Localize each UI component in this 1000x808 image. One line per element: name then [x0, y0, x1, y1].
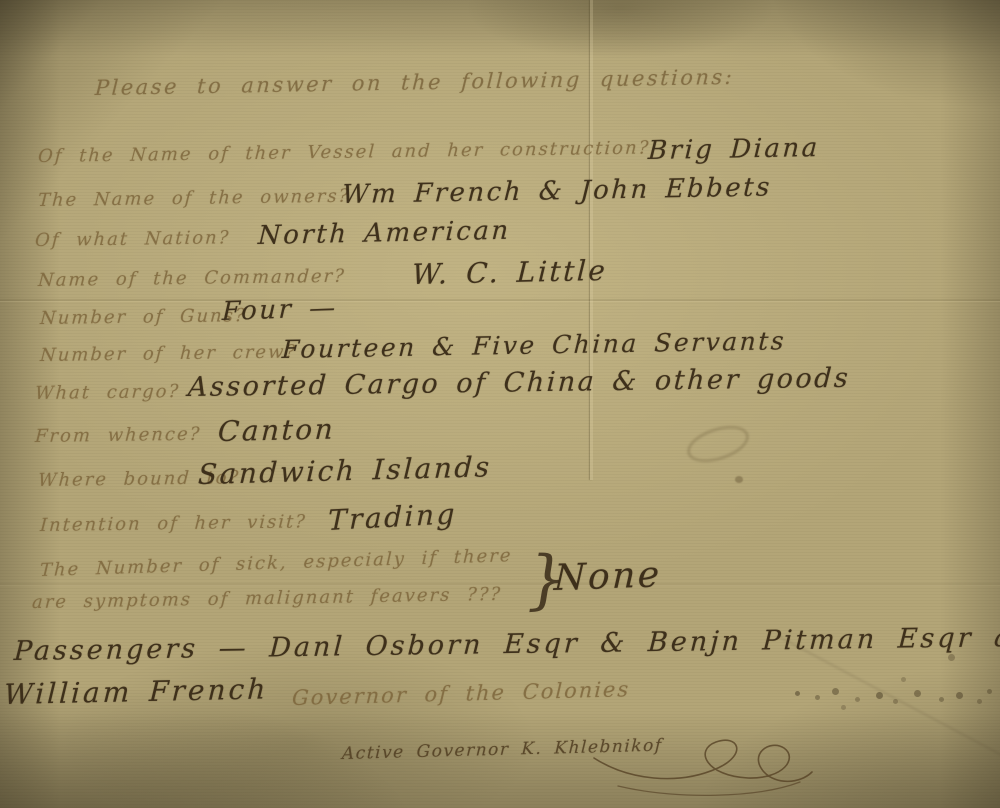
passenger-name: William French [3, 672, 269, 711]
answer-text: Fourteen & Five China Servants [281, 326, 787, 364]
document-scan: Please to answer on the following questi… [0, 0, 1000, 808]
answer-text: Brig Diana [647, 133, 820, 166]
question-text: The Name of the owners? [37, 186, 350, 211]
ink-dot [735, 476, 743, 483]
faded-stamp-mark [683, 419, 754, 469]
governor-note: Governor of the Colonies [291, 677, 630, 710]
signature-flourish [588, 728, 818, 806]
answer-text: North American [257, 216, 511, 251]
question-text: Number of Guns? [39, 305, 247, 329]
question-text: The Number of sick, especialy if there [40, 545, 513, 581]
question-text: Number of her crew? [39, 341, 297, 366]
question-text: From whence? [34, 424, 202, 447]
passengers-line: Passengers — Danl Osborn Esqr & Benjn Pi… [13, 621, 1000, 667]
answer-text: Canton [217, 413, 336, 448]
answer-text: None [553, 554, 662, 599]
answer-text: Trading [328, 497, 457, 537]
question-text: Intention of her visit? [39, 511, 307, 536]
question-text: Name of the Commander? [37, 266, 346, 291]
question-text: What cargo? [34, 381, 180, 404]
answer-text: Assorted Cargo of China & other goods [187, 363, 851, 403]
answer-text: W. C. Little [411, 254, 608, 291]
answer-text: Wm French & John Ebbets [341, 172, 773, 210]
document-title: Please to answer on the following questi… [94, 65, 735, 100]
horizontal-fold-crease [0, 299, 1000, 301]
question-text: are symptoms of malignant feavers ??? [31, 584, 502, 613]
question-text: Of what Nation? [34, 227, 231, 251]
answer-text: Sandwich Islands [197, 450, 492, 491]
answer-text: Four — [221, 293, 338, 327]
question-text: Of the Name of ther Vessel and her const… [37, 137, 650, 167]
ink-spatter [790, 682, 793, 685]
